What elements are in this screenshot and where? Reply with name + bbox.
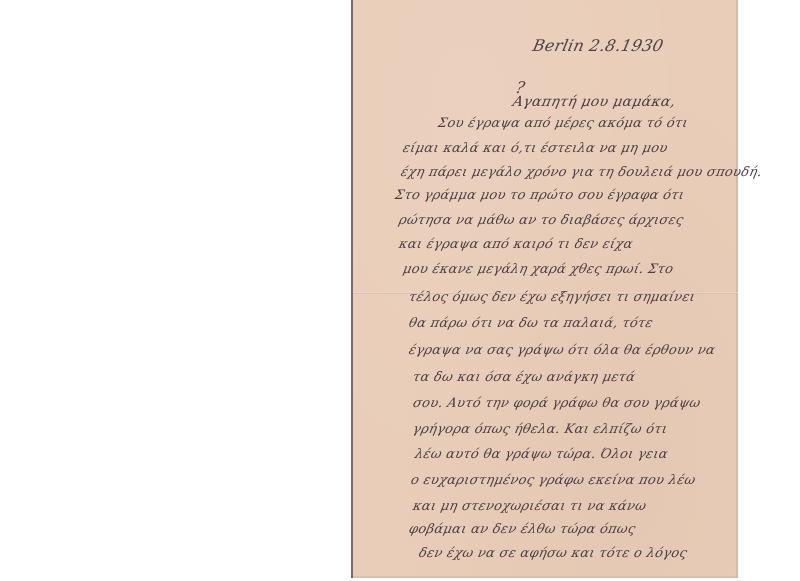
body-line: Σου έγραψα από μέρες ακόμα τό ότι bbox=[436, 116, 689, 131]
body-line: θα πάρω ότι να δω τα παλαιά, τότε bbox=[407, 316, 654, 331]
body-line: έγραψα να σας γράψω ότι όλα θα έρθουν να bbox=[407, 343, 716, 358]
salutation: Αγαπητή μου μαμάκα, bbox=[511, 94, 677, 110]
body-line: ο ευχαριστημένος γράφω εκείνα που λέω bbox=[409, 473, 697, 488]
body-line: γρήγορα όπως ήθελα. Και ελπίζω ότι bbox=[411, 422, 668, 437]
body-line: ρώτησα να μάθω αν το διαβάσες άρχισες bbox=[397, 213, 685, 228]
body-line: μου έκανε μεγάλη χαρά χθες πρωί. Στο bbox=[401, 262, 674, 277]
letter-date: Berlin 2.8.1930 bbox=[531, 36, 665, 55]
body-line: φοβάμαι αν δεν έλθω τώρα όπως bbox=[407, 522, 637, 537]
body-line: και μη στενοχωριέσαι τι να κάνω bbox=[411, 499, 647, 514]
body-line: τέλος όμως δεν έχω εξηγήσει τι σημαίνει bbox=[407, 290, 696, 305]
body-line: και έγραψα από καιρό τι δεν είχα bbox=[397, 237, 634, 252]
body-line: λέω αυτό θα γράψω τώρα. Όλοι γεια bbox=[413, 447, 669, 462]
body-line: έχη πάρει μεγάλο χρόνο για τη δουλειά μο… bbox=[399, 165, 763, 180]
body-line: σου. Αυτό την φορά γράφω θα σου γράψω bbox=[411, 396, 702, 411]
body-line: δεν έχω να σε αφήσω και τότε ο λόγος bbox=[417, 546, 688, 561]
letter-page: Berlin 2.8.1930 ? Αγαπητή μου μαμάκα, Σο… bbox=[351, 0, 738, 578]
body-line: τα δω και όσα έχω ανάγκη μετά bbox=[411, 370, 636, 385]
body-line: είμαι καλά και ό,τι έστειλα να μη μου bbox=[401, 141, 669, 156]
body-line: Στο γράμμα μου το πρώτο σου έγραφα ότι bbox=[393, 188, 685, 203]
